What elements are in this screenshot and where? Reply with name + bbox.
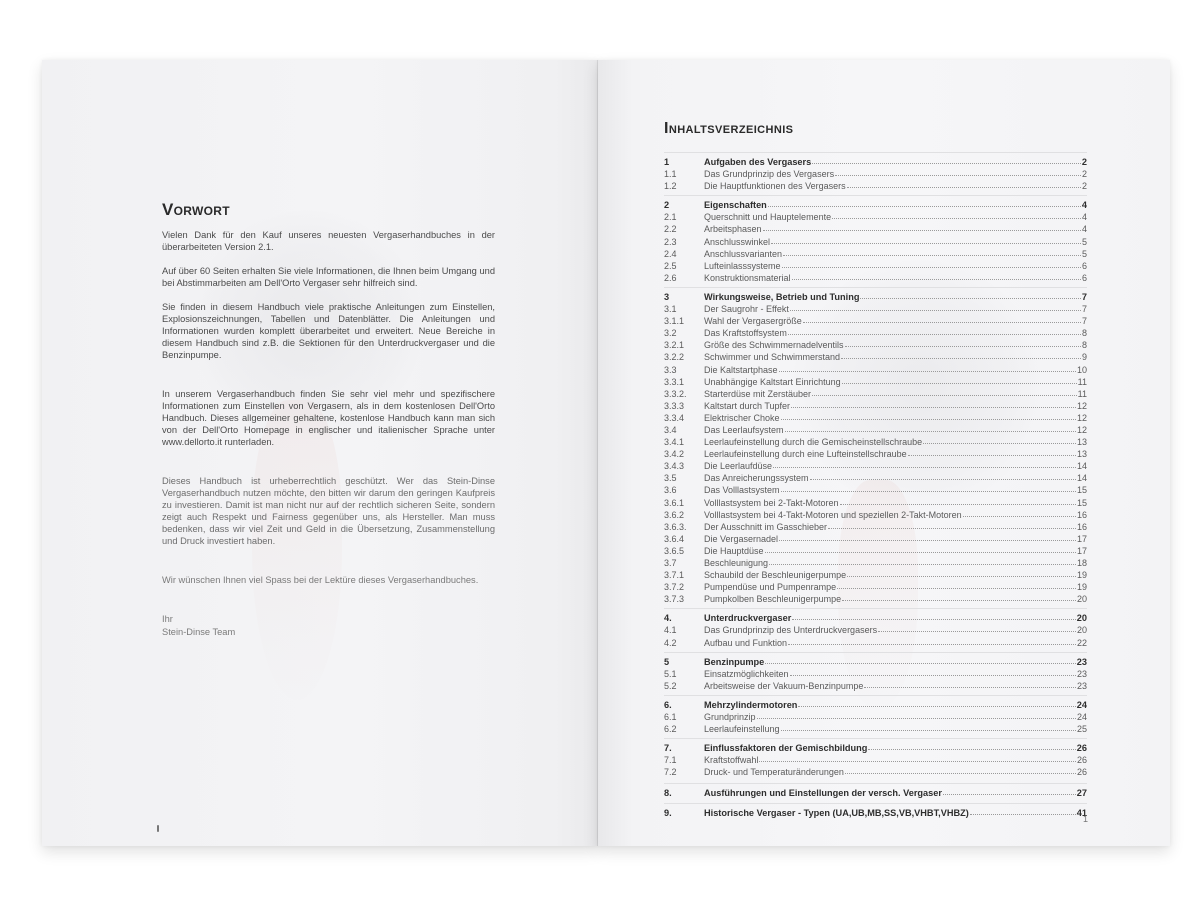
toc-entry-number: 3.2.1 xyxy=(664,340,704,350)
toc-entry-title: Das Grundprinzip des Vergasers xyxy=(704,169,834,179)
toc-entry-page: 24 xyxy=(1077,712,1087,722)
toc-entry-title: Volllastsystem bei 4-Takt-Motoren und sp… xyxy=(704,510,962,520)
toc-group: 8.Ausführungen und Einstellungen der ver… xyxy=(664,783,1087,799)
toc-entry-title: Leerlaufeinstellung durch eine Lufteinst… xyxy=(704,449,907,459)
toc-leader-dots xyxy=(860,290,1080,299)
toc-group: 9.Historische Vergaser - Typen (UA,UB,MB… xyxy=(664,803,1087,819)
toc-entry-number: 2.1 xyxy=(664,212,704,222)
toc-entry-title: Benzinpumpe xyxy=(704,657,764,667)
toc-entry-title: Schwimmer und Schwimmerstand xyxy=(704,352,840,362)
toc-entry-number: 2.3 xyxy=(664,237,704,247)
toc-entry-page: 11 xyxy=(1078,377,1087,387)
toc-entry-title: Unabhängige Kaltstart Einrichtung xyxy=(704,377,841,387)
toc-entry-title: Volllastsystem bei 2-Takt-Motoren xyxy=(704,498,839,508)
toc-entry-number: 3.7.3 xyxy=(664,594,704,604)
toc-entry[interactable]: 2.6Konstruktionsmaterial6 xyxy=(664,272,1087,284)
toc-entry-title: Leerlaufeinstellung xyxy=(704,724,780,734)
toc-entry-page: 27 xyxy=(1077,788,1087,798)
foreword-paragraph: Auf über 60 Seiten erhalten Sie viele In… xyxy=(162,265,495,289)
toc-leader-dots xyxy=(803,314,1081,323)
toc-leader-dots xyxy=(845,765,1076,774)
toc-entry-page: 25 xyxy=(1077,724,1087,734)
toc-group: 6.Mehrzylindermotoren246.1Grundprinzip24… xyxy=(664,695,1087,735)
toc-leader-dots xyxy=(779,532,1076,541)
toc-leader-dots xyxy=(845,338,1081,347)
toc-leader-dots xyxy=(963,508,1076,517)
toc-entry-number: 6.1 xyxy=(664,712,704,722)
signoff-line: Ihr xyxy=(162,613,495,626)
toc-entry-number: 4.2 xyxy=(664,638,704,648)
toc-entry-page: 18 xyxy=(1077,558,1087,568)
toc-entry[interactable]: 5.2Arbeitsweise der Vakuum-Benzinpumpe23 xyxy=(664,680,1087,692)
toc-entry-page: 5 xyxy=(1082,237,1087,247)
toc-entry-page: 4 xyxy=(1082,200,1087,210)
toc-entry-number: 2.6 xyxy=(664,273,704,283)
toc-leader-dots xyxy=(781,411,1076,420)
toc-entry-title: Einflussfaktoren der Gemischbildung xyxy=(704,743,867,753)
toc-entry-page: 26 xyxy=(1077,743,1087,753)
toc-entry-page: 26 xyxy=(1077,755,1087,765)
toc-leader-dots xyxy=(840,496,1076,505)
toc-entry-title: Das Kraftstoffsystem xyxy=(704,328,787,338)
foreword-paragraph: Sie finden in diesem Handbuch viele prak… xyxy=(162,301,495,361)
toc-entry-page: 12 xyxy=(1077,413,1087,423)
toc-entry-title: Pumpendüse und Pumpenrampe xyxy=(704,582,836,592)
toc-leader-dots xyxy=(864,679,1076,688)
toc-entry-title: Arbeitsphasen xyxy=(704,224,762,234)
toc-entry-title: Wahl der Vergasergröße xyxy=(704,316,802,326)
toc-entry-number: 3.3.4 xyxy=(664,413,704,423)
toc-entry-number: 3.6.5 xyxy=(664,546,704,556)
toc-leader-dots xyxy=(810,471,1076,480)
foreword: Vorwort Vielen Dank für den Kauf unseres… xyxy=(162,200,495,639)
toc-entry-title: Pumpkolben Beschleunigerpumpe xyxy=(704,594,841,604)
toc-leader-dots xyxy=(790,302,1081,311)
toc-leader-dots xyxy=(923,435,1076,444)
toc-leader-dots xyxy=(768,198,1081,207)
toc-entry-page: 6 xyxy=(1082,273,1087,283)
toc-entry-page: 23 xyxy=(1077,669,1087,679)
toc-entry-number: 1.1 xyxy=(664,169,704,179)
toc-entry-number: 3.6 xyxy=(664,485,704,495)
toc-leader-dots xyxy=(759,753,1076,762)
toc-entry-page: 17 xyxy=(1077,534,1087,544)
toc-entry-page: 8 xyxy=(1082,328,1087,338)
toc-entry-number: 3.2.2 xyxy=(664,352,704,362)
toc-entry-number: 5.1 xyxy=(664,669,704,679)
toc-entry[interactable]: 3.7.3Pumpkolben Beschleunigerpumpe20 xyxy=(664,593,1087,605)
toc-leader-dots xyxy=(785,423,1076,432)
toc-entry-number: 3.3.3 xyxy=(664,401,704,411)
toc-entry-page: 2 xyxy=(1082,181,1087,191)
toc-entry-page: 4 xyxy=(1082,224,1087,234)
toc-entry-page: 7 xyxy=(1082,292,1087,302)
toc-leader-dots xyxy=(769,556,1076,565)
toc-leader-dots xyxy=(812,155,1081,164)
toc-entry-title: Die Kaltstartphase xyxy=(704,365,778,375)
toc-entry-page: 20 xyxy=(1077,625,1087,635)
toc-entry-page: 14 xyxy=(1077,461,1087,471)
toc-group: 2Eigenschaften42.1Querschnitt und Haupte… xyxy=(664,195,1087,284)
toc-entry-page: 9 xyxy=(1082,352,1087,362)
toc-entry-page: 22 xyxy=(1077,638,1087,648)
toc-entry-number: 3.6.1 xyxy=(664,498,704,508)
toc-entry-title: Querschnitt und Hauptelemente xyxy=(704,212,831,222)
toc-entry-number: 6. xyxy=(664,700,704,710)
table-of-contents: Inhaltsverzeichnis 1Aufgaben des Vergase… xyxy=(664,120,1087,822)
toc-entry-number: 3.4.1 xyxy=(664,437,704,447)
toc-leader-dots xyxy=(837,580,1076,589)
toc-entry-title: Kaltstart durch Tupfer xyxy=(704,401,790,411)
toc-entry-page: 13 xyxy=(1077,437,1087,447)
signoff: Ihr Stein-Dinse Team xyxy=(162,613,495,639)
toc-entry-page: 10 xyxy=(1077,365,1087,375)
toc-entry-page: 16 xyxy=(1077,522,1087,532)
toc-entry[interactable]: 4.2Aufbau und Funktion22 xyxy=(664,637,1087,649)
toc-group: 1Aufgaben des Vergasers21.1Das Grundprin… xyxy=(664,152,1087,192)
toc-leader-dots xyxy=(765,655,1076,664)
toc-entry-number: 3.3.2. xyxy=(664,389,704,399)
toc-entry-title: Druck- und Temperaturänderungen xyxy=(704,767,844,777)
right-page: Inhaltsverzeichnis 1Aufgaben des Vergase… xyxy=(598,60,1170,846)
print-speck xyxy=(157,825,159,832)
toc-entry-page: 23 xyxy=(1077,681,1087,691)
toc-entry-page: 6 xyxy=(1082,261,1087,271)
toc-leader-dots xyxy=(781,483,1076,492)
toc-entry-page: 20 xyxy=(1077,613,1087,623)
toc-group: 4.Unterdruckvergaser204.1Das Grundprinzi… xyxy=(664,608,1087,648)
toc-entry-number: 8. xyxy=(664,788,704,798)
toc-leader-dots xyxy=(835,167,1081,176)
toc-entry-title: Lufteinlasssysteme xyxy=(704,261,781,271)
toc-entry-title: Anschlusswinkel xyxy=(704,237,770,247)
toc-entry-number: 3.7.2 xyxy=(664,582,704,592)
foreword-paragraph: Dieses Handbuch ist urheberrechtlich ges… xyxy=(162,475,495,547)
toc-entry-title: Das Anreicherungssystem xyxy=(704,473,809,483)
toc-leader-dots xyxy=(790,667,1076,676)
toc-leader-dots xyxy=(842,375,1077,384)
toc-entry-number: 5 xyxy=(664,657,704,667)
toc-entry-title: Mehrzylindermotoren xyxy=(704,700,797,710)
toc-entry-page: 2 xyxy=(1082,169,1087,179)
toc-group: 3Wirkungsweise, Betrieb und Tuning73.1De… xyxy=(664,287,1087,605)
toc-leader-dots xyxy=(798,698,1075,707)
toc-entry-page: 2 xyxy=(1082,157,1087,167)
toc-heading-text: Inhaltsverzeichnis xyxy=(664,120,793,137)
toc-entry-title: Das Grundprinzip des Unterdruckvergasers xyxy=(704,625,877,635)
toc-leader-dots xyxy=(781,722,1076,731)
toc-group: 7.Einflussfaktoren der Gemischbildung267… xyxy=(664,738,1087,778)
toc-leader-dots xyxy=(757,710,1076,719)
toc-leader-dots xyxy=(788,636,1076,645)
toc-entry-title: Der Saugrohr - Effekt xyxy=(704,304,789,314)
toc-entry[interactable]: 7.2Druck- und Temperaturänderungen26 xyxy=(664,766,1087,778)
toc-entry-title: Historische Vergaser - Typen (UA,UB,MB,S… xyxy=(704,808,969,818)
toc-list: 1Aufgaben des Vergasers21.1Das Grundprin… xyxy=(664,152,1087,819)
toc-leader-dots xyxy=(765,544,1076,553)
toc-entry-title: Die Vergasernadel xyxy=(704,534,778,544)
toc-entry-number: 2.2 xyxy=(664,224,704,234)
toc-leader-dots xyxy=(908,447,1076,456)
toc-entry-title: Der Ausschnitt im Gasschieber xyxy=(704,522,827,532)
toc-entry-number: 3.1 xyxy=(664,304,704,314)
toc-entry-page: 11 xyxy=(1078,389,1087,399)
toc-entry-page: 4 xyxy=(1082,212,1087,222)
toc-entry-title: Grundprinzip xyxy=(704,712,756,722)
toc-chapter-entry[interactable]: 8.Ausführungen und Einstellungen der ver… xyxy=(664,787,1087,799)
toc-entry-number: 3.4.2 xyxy=(664,449,704,459)
toc-entry-number: 2 xyxy=(664,200,704,210)
toc-entry-number: 4. xyxy=(664,613,704,623)
toc-entry-page: 8 xyxy=(1082,340,1087,350)
toc-entry-title: Die Hauptdüse xyxy=(704,546,764,556)
toc-leader-dots xyxy=(792,611,1075,620)
toc-leader-dots xyxy=(828,520,1076,529)
toc-entry-number: 3.3.1 xyxy=(664,377,704,387)
toc-entry-page: 19 xyxy=(1077,582,1087,592)
toc-entry-page: 20 xyxy=(1077,594,1087,604)
toc-entry[interactable]: 1.2Die Hauptfunktionen des Vergasers2 xyxy=(664,180,1087,192)
toc-entry-number: 6.2 xyxy=(664,724,704,734)
toc-leader-dots xyxy=(773,459,1076,468)
toc-entry-number: 2.4 xyxy=(664,249,704,259)
page-number: 1 xyxy=(1083,814,1088,824)
toc-entry-page: 12 xyxy=(1077,401,1087,411)
foreword-paragraph: Wir wünschen Ihnen viel Spass bei der Le… xyxy=(162,574,495,586)
toc-entry-title: Eigenschaften xyxy=(704,200,767,210)
toc-entry-page: 14 xyxy=(1077,473,1087,483)
toc-chapter-entry[interactable]: 9.Historische Vergaser - Typen (UA,UB,MB… xyxy=(664,807,1087,819)
toc-entry-number: 1.2 xyxy=(664,181,704,191)
toc-entry-page: 15 xyxy=(1077,485,1087,495)
toc-entry-number: 7.1 xyxy=(664,755,704,765)
toc-leader-dots xyxy=(771,235,1081,244)
toc-entry-number: 4.1 xyxy=(664,625,704,635)
toc-entry-number: 3.7.1 xyxy=(664,570,704,580)
toc-entry-number: 7. xyxy=(664,743,704,753)
toc-entry-number: 3 xyxy=(664,292,704,302)
toc-entry-number: 3.1.1 xyxy=(664,316,704,326)
toc-entry-page: 19 xyxy=(1077,570,1087,580)
toc-leader-dots xyxy=(841,350,1081,359)
toc-leader-dots xyxy=(943,786,1076,795)
toc-entry-page: 16 xyxy=(1077,510,1087,520)
toc-entry-number: 9. xyxy=(664,808,704,818)
toc-entry-number: 3.5 xyxy=(664,473,704,483)
foreword-paragraph: Vielen Dank für den Kauf unseres neueste… xyxy=(162,229,495,253)
toc-entry-number: 3.7 xyxy=(664,558,704,568)
toc-leader-dots xyxy=(791,399,1076,408)
toc-entry-page: 26 xyxy=(1077,767,1087,777)
toc-leader-dots xyxy=(788,326,1081,335)
toc-entry-page: 15 xyxy=(1077,498,1087,508)
toc-leader-dots xyxy=(878,623,1076,632)
toc-leader-dots xyxy=(792,271,1081,280)
toc-leader-dots xyxy=(812,387,1077,396)
toc-entry-title: Arbeitsweise der Vakuum-Benzinpumpe xyxy=(704,681,863,691)
toc-entry-number: 3.4.3 xyxy=(664,461,704,471)
toc-entry-number: 3.4 xyxy=(664,425,704,435)
toc-entry-title: Aufgaben des Vergasers xyxy=(704,157,811,167)
toc-entry-number: 3.6.3. xyxy=(664,522,704,532)
toc-entry-page: 23 xyxy=(1077,657,1087,667)
foreword-paragraph: In unserem Vergaserhandbuch finden Sie s… xyxy=(162,388,495,448)
toc-leader-dots xyxy=(868,741,1075,750)
toc-entry-number: 3.6.2 xyxy=(664,510,704,520)
toc-entry-title: Das Leerlaufsystem xyxy=(704,425,784,435)
toc-entry-page: 7 xyxy=(1082,304,1087,314)
toc-leader-dots xyxy=(970,806,1076,815)
toc-entry-title: Schaubild der Beschleunigerpumpe xyxy=(704,570,846,580)
toc-leader-dots xyxy=(842,592,1076,601)
toc-entry-title: Das Volllastsystem xyxy=(704,485,780,495)
toc-entry-page: 17 xyxy=(1077,546,1087,556)
toc-entry-page: 5 xyxy=(1082,249,1087,259)
toc-entry-title: Einsatzmöglichkeiten xyxy=(704,669,789,679)
signoff-signature: Stein-Dinse Team xyxy=(162,626,495,639)
toc-group: 5Benzinpumpe235.1Einsatzmöglichkeiten235… xyxy=(664,652,1087,692)
toc-entry-title: Ausführungen und Einstellungen der versc… xyxy=(704,788,942,798)
toc-entry-title: Konstruktionsmaterial xyxy=(704,273,791,283)
toc-entry-title: Die Hauptfunktionen des Vergasers xyxy=(704,181,846,191)
toc-heading: Inhaltsverzeichnis xyxy=(664,120,1087,138)
toc-entry-page: 13 xyxy=(1077,449,1087,459)
toc-leader-dots xyxy=(782,259,1081,268)
toc-entry-title: Anschlussvarianten xyxy=(704,249,782,259)
toc-entry-page: 24 xyxy=(1077,700,1087,710)
toc-entry-number: 2.5 xyxy=(664,261,704,271)
toc-entry-number: 5.2 xyxy=(664,681,704,691)
toc-entry-title: Wirkungsweise, Betrieb und Tuning xyxy=(704,292,859,302)
toc-entry-number: 3.2 xyxy=(664,328,704,338)
toc-entry[interactable]: 6.2Leerlaufeinstellung25 xyxy=(664,723,1087,735)
toc-entry-title: Aufbau und Funktion xyxy=(704,638,787,648)
toc-entry-title: Leerlaufeinstellung durch die Gemischein… xyxy=(704,437,922,447)
toc-leader-dots xyxy=(763,222,1081,231)
toc-entry-number: 3.3 xyxy=(664,365,704,375)
foreword-heading-text: Vorwort xyxy=(162,200,230,219)
toc-entry-page: 12 xyxy=(1077,425,1087,435)
toc-leader-dots xyxy=(847,179,1081,188)
toc-entry-number: 3.6.4 xyxy=(664,534,704,544)
toc-entry-title: Beschleunigung xyxy=(704,558,768,568)
toc-leader-dots xyxy=(832,210,1081,219)
toc-entry-page: 7 xyxy=(1082,316,1087,326)
toc-entry-title: Die Leerlaufdüse xyxy=(704,461,772,471)
toc-entry-title: Elektrischer Choke xyxy=(704,413,780,423)
toc-entry-title: Größe des Schwimmernadelventils xyxy=(704,340,844,350)
foreword-heading: Vorwort xyxy=(162,200,495,220)
toc-entry-number: 7.2 xyxy=(664,767,704,777)
left-page: Vorwort Vielen Dank für den Kauf unseres… xyxy=(42,60,598,846)
toc-leader-dots xyxy=(847,568,1076,577)
toc-entry-title: Starterdüse mit Zerstäuber xyxy=(704,389,811,399)
toc-entry-title: Unterdruckvergaser xyxy=(704,613,791,623)
toc-entry-number: 1 xyxy=(664,157,704,167)
toc-leader-dots xyxy=(783,247,1081,256)
toc-leader-dots xyxy=(779,363,1076,372)
toc-entry-title: Kraftstoffwahl xyxy=(704,755,758,765)
